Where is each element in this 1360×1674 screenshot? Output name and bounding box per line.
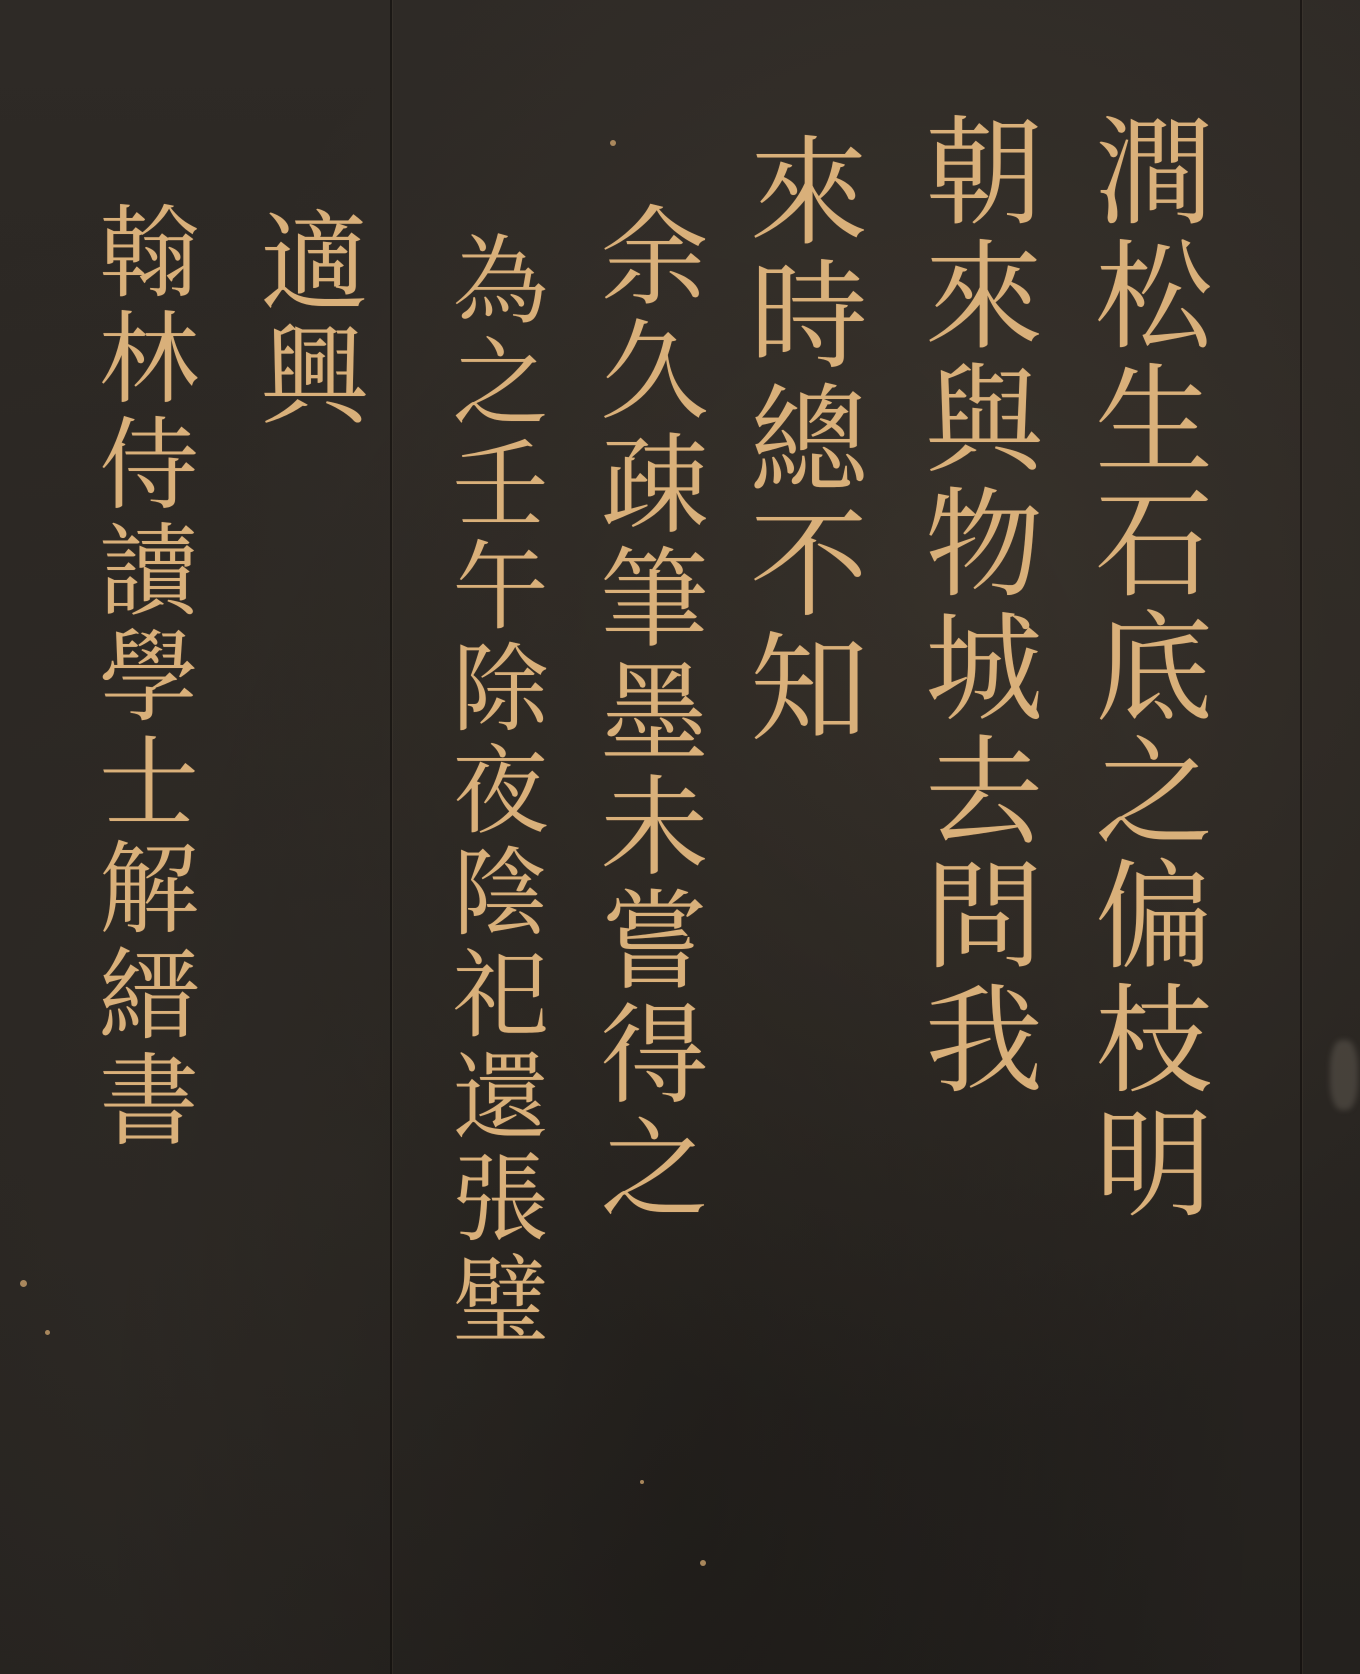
panel-seam-right — [1300, 0, 1302, 1674]
calligraphy-column-1: 澗松生石底之偏枝明 — [1085, 110, 1203, 1610]
calligraphy-column-5: 為之壬午除夜陰祀還張璧 — [445, 230, 541, 1650]
paper-stain — [1330, 1040, 1358, 1110]
calligraphy-column-7-signature: 翰林侍讀學士解縉書 — [90, 200, 190, 1300]
ink-speck — [20, 1280, 27, 1287]
calligraphy-column-6-title: 適興 — [250, 205, 358, 505]
calligraphy-column-2: 朝來與物城去問我 — [915, 110, 1033, 1610]
calligraphy-rubbing: 澗松生石底之偏枝明 朝來與物城去問我 來時總不知 余久疎筆墨未嘗得之 為之壬午除… — [0, 0, 1360, 1674]
ink-speck — [700, 1560, 706, 1566]
ink-speck — [640, 1480, 644, 1484]
panel-seam-left — [390, 0, 392, 1674]
calligraphy-column-4: 余久疎筆墨未嘗得之 — [590, 200, 698, 1650]
calligraphy-column-3: 來時總不知 — [740, 130, 858, 1030]
ink-speck — [45, 1330, 50, 1335]
ink-speck — [610, 140, 616, 146]
